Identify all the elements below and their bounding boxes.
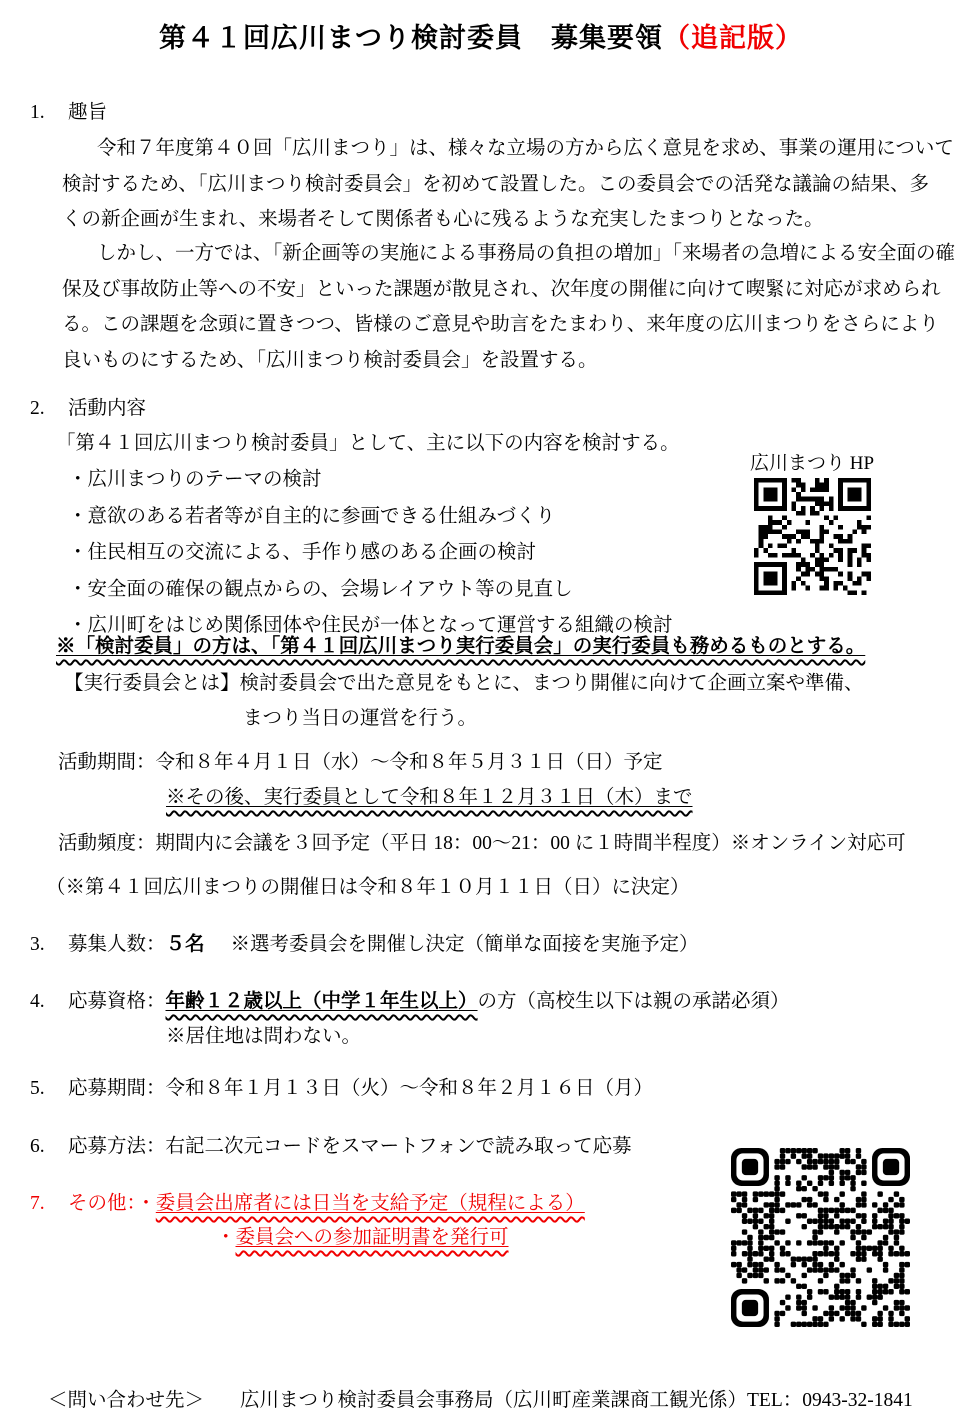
committee-note-emphasis: ※「検討委員」の方は、「第４１回広川まつり実行委員会」の実行委員も務めるものとす… [56,630,865,658]
paragraph-line: 検討するため、「広川まつり検討委員会」を初めて設置した。この委員会での活発な議論… [62,167,954,203]
activity-frequency-row: 活動頻度：期間内に会議を３回予定（平日 18：00～21：00 に１時間半程度）… [58,827,906,855]
qualification-emphasis: 年齢１２歳以上（中学１年生以上） [166,991,478,1012]
application-method-value: 右記二次元コードをスマートフォンで読み取って応募 [166,1136,632,1157]
section-2-bullet-list: ・広川まつりのテーマの検討 ・意欲のある若者等が自主的に参画できる仕組みづくり … [68,462,673,645]
paragraph-line: る。この課題を念頭に置きつつ、皆様のご意見や助言をたまわり、来年度の広川まつりを… [62,307,955,343]
other-item1-bullet: ・ [136,1193,156,1214]
qr-code-application [731,1148,910,1327]
qr1-label: 広川まつり HP [744,448,880,475]
paragraph-line: くの新企画が生まれ、来場者そして関係者も心に残るような充実したまつりとなった。 [62,202,954,238]
application-period-value: 令和８年１月１３日（火）～令和８年２月１６日（月） [166,1078,654,1099]
section-2-intro: 「第４１回広川まつり検討委員」として、主に以下の内容を検討する。 [56,427,680,455]
activity-period-value: 令和８年４月１日（水）～令和８年５月３１日（日）予定 [156,752,663,773]
bullet-item: ・意欲のある若者等が自主的に参画できる仕組みづくり [68,499,673,536]
section-5-number: 5. [30,1078,68,1100]
section-1-paragraph-1: 令和７年度第４０回「広川まつり」は、様々な立場の方から広く意見を求め、事業の運用… [62,131,954,238]
section-6-number: 6. [30,1136,68,1158]
activity-period-label: 活動期間： [58,752,156,773]
activity-period-note-text: ※その後、実行委員として令和８年１２月３１日（木）まで [166,787,693,808]
section-7-item2: ・委員会への参加証明書を発行可 [216,1221,509,1249]
contact-info: 広川まつり検討委員会事務局（広川町産業課商工観光係）TEL：0943-32-18… [240,1390,913,1411]
other-item1-text: 委員会出席者には日当を支給予定（規程による） [156,1193,585,1214]
section-1-paragraph-2: しかし、一方では、「新企画等の実施による事務局の負担の増加」「来場者の急増による… [62,236,955,378]
page-title-suffix: （追記版） [663,23,803,53]
qualification-label: 応募資格： [68,991,166,1012]
executive-committee-label: 【実行委員会とは】 [64,673,240,694]
section-4-number: 4. [30,991,68,1013]
paragraph-line: 令和７年度第４０回「広川まつり」は、様々な立場の方から広く意見を求め、事業の運用… [62,131,954,167]
contact-label: ＜問い合わせ先＞ [48,1390,204,1411]
section-4-row: 4.応募資格：年齢１２歳以上（中学１年生以上）の方（高校生以下は親の承諾必須） [30,985,790,1013]
qualification-note: ※居住地は問わない。 [166,1020,361,1048]
section-2-heading: 活動内容 [68,398,146,419]
bullet-item: ・広川まつりのテーマの検討 [68,462,673,499]
executive-committee-definition: 【実行委員会とは】検討委員会で出た意見をもとに、まつり開催に向けて企画立案や準備… [64,667,864,695]
page-title: 第４１回広川まつり検討委員 募集要領（追記版） [0,16,962,55]
contact-footer: ＜問い合わせ先＞広川まつり検討委員会事務局（広川町産業課商工観光係）TEL：09… [48,1384,913,1412]
other-item2-text: 委員会への参加証明書を発行可 [236,1227,509,1248]
section-3-number: 3. [30,934,68,956]
executive-committee-line2: まつり当日の運営を行う。 [243,702,477,730]
application-method-label: 応募方法： [68,1136,166,1157]
bullet-item: ・住民相互の交流による、手作り感のある企画の検討 [68,535,673,572]
qualification-rest: の方（高校生以下は親の承諾必須） [478,991,790,1012]
section-2-number: 2. [30,398,68,420]
activity-frequency-value: 期間内に会議を３回予定（平日 18：00～21：00 に１時間半程度）※オンライ… [156,833,906,854]
committee-note-text: ※「検討委員」の方は、「第４１回広川まつり実行委員会」の実行委員も務めるものとす… [56,636,865,657]
recruit-count-label: 募集人数： [68,934,166,955]
section-7-number: 7. [30,1193,68,1215]
section-7-row: 7.その他：・委員会出席者には日当を支給予定（規程による） [30,1187,585,1215]
section-5-row: 5.応募期間：令和８年１月１３日（火）～令和８年２月１６日（月） [30,1072,653,1100]
bullet-item: ・安全面の確保の観点からの、会場レイアウト等の見直し [68,572,673,609]
section-1-heading-row: 1.趣旨 [30,96,107,124]
section-2-heading-row: 2.活動内容 [30,392,146,420]
paragraph-line: しかし、一方では、「新企画等の実施による事務局の負担の増加」「来場者の急増による… [62,236,955,272]
activity-period-note: ※その後、実行委員として令和８年１２月３１日（木）まで [166,781,693,809]
section-1-number: 1. [30,102,68,124]
paragraph-line: 良いものにするため、「広川まつり検討委員会」を設置する。 [62,343,955,379]
qr-code-hirokawa-hp [754,478,871,595]
other-item2-bullet: ・ [216,1227,236,1248]
page-title-main: 第４１回広川まつり検討委員 募集要領 [159,23,663,53]
activity-frequency-label: 活動頻度： [58,833,156,854]
activity-period-row: 活動期間：令和８年４月１日（水）～令和８年５月３１日（日）予定 [58,746,663,774]
section-3-row: 3.募集人数：５名※選考委員会を開催し決定（簡単な面接を実施予定） [30,928,699,956]
section-6-row: 6.応募方法：右記二次元コードをスマートフォンで読み取って応募 [30,1130,632,1158]
recruit-count-value: ５名 [166,934,205,955]
recruit-count-note: ※選考委員会を開催し決定（簡単な面接を実施予定） [231,934,699,955]
festival-date-note: （※第４１回広川まつりの開催日は令和８年１０月１１日（日）に決定） [46,871,690,899]
document-page: 第４１回広川まつり検討委員 募集要領（追記版） 1.趣旨 令和７年度第４０回「広… [0,0,962,1422]
other-label: その他： [68,1193,136,1214]
paragraph-line: 保及び事故防止等への不安」といった課題が散見され、次年度の開催に向けて喫緊に対応… [62,272,955,308]
application-period-label: 応募期間： [68,1078,166,1099]
executive-committee-line1: 検討委員会で出た意見をもとに、まつり開催に向けて企画立案や準備、 [240,673,864,694]
section-1-heading: 趣旨 [68,102,107,123]
